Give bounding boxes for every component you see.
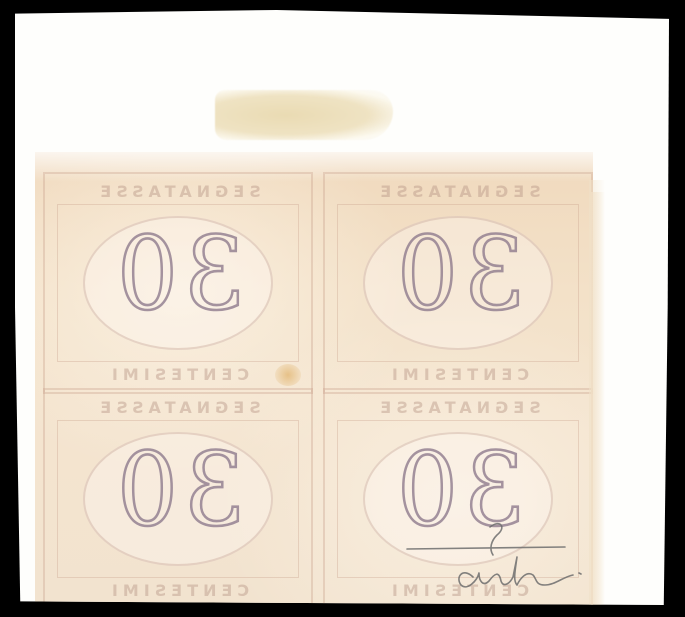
stamp-top-left: SEGNATASSE 30 CENTESIMI — [43, 172, 313, 394]
stamp-top-label: SEGNATASSE — [59, 398, 297, 417]
stamp-top-label: SEGNATASSE — [59, 182, 297, 201]
pencil-signature-icon — [405, 515, 605, 595]
stamp-value: 30 — [45, 440, 311, 541]
stamp-sheet-paper: SEGNATASSE 30 CENTESIMI SEGNATASSE 30 CE… — [15, 10, 669, 605]
stamp-top-label: SEGNATASSE — [339, 398, 577, 417]
stamp-bottom-label: CENTESIMI — [59, 581, 297, 600]
toning-spot — [275, 364, 301, 386]
stamp-top-right: SEGNATASSE 30 CENTESIMI — [323, 172, 593, 394]
stamp-top-label: SEGNATASSE — [339, 182, 577, 201]
stamp-bottom-label: CENTESIMI — [59, 365, 297, 384]
stamp-bottom-label: CENTESIMI — [339, 365, 577, 384]
hinge-remnant — [215, 90, 393, 140]
stamp-value: 30 — [45, 224, 311, 325]
stamp-bottom-left: SEGNATASSE 30 CENTESIMI — [43, 388, 313, 610]
stamp-value: 30 — [325, 224, 591, 325]
